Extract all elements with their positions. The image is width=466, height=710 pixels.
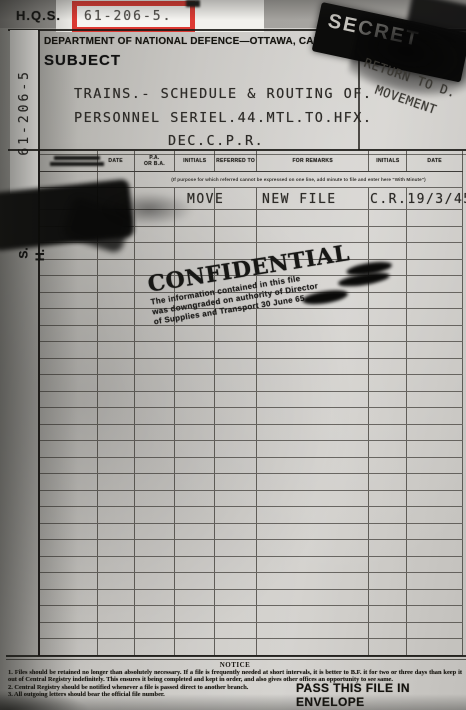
table-cell [175, 243, 215, 259]
table-cell [257, 441, 369, 457]
table-cell [135, 392, 176, 408]
table-row [40, 524, 463, 541]
table-cell [369, 309, 407, 325]
table-row [40, 639, 463, 656]
table-cell [369, 590, 407, 606]
table-cell [407, 507, 463, 523]
table-cell [175, 557, 215, 573]
table-cell [407, 540, 463, 556]
table-cell [40, 474, 98, 490]
column-header: P.A. OR B.A. [135, 150, 176, 171]
table-row [40, 425, 463, 442]
table-cell [215, 606, 257, 622]
table-cell [369, 639, 407, 655]
table-cell [215, 392, 257, 408]
table-cell [40, 491, 98, 507]
redaction-smear [54, 156, 100, 160]
table-cell [369, 507, 407, 523]
table-cell [369, 458, 407, 474]
table-cell [98, 309, 135, 325]
table-cell [98, 441, 135, 457]
table-cell [215, 359, 257, 375]
table-cell [257, 210, 369, 226]
table-cell [135, 227, 176, 243]
table-cell [369, 524, 407, 540]
table-cell [257, 326, 369, 342]
table-cell [407, 524, 463, 540]
side-mark-s: S. [17, 247, 31, 258]
table-cell [257, 425, 369, 441]
table-cell [369, 293, 407, 309]
table-cell [369, 557, 407, 573]
subject-label: SUBJECT [44, 52, 121, 69]
table-row [40, 359, 463, 376]
table-row [40, 540, 463, 557]
ink-stain [104, 192, 194, 226]
table-cell [40, 606, 98, 622]
table-cell [257, 606, 369, 622]
table-row [40, 458, 463, 475]
column-header [40, 150, 98, 171]
table-cell [215, 210, 257, 226]
table-cell [98, 425, 135, 441]
table-bottom-rule [6, 655, 466, 657]
table-cell [175, 507, 215, 523]
table-cell [135, 458, 176, 474]
table-cell [407, 375, 463, 391]
table-cell [369, 359, 407, 375]
table-cell [407, 441, 463, 457]
table-cell [135, 573, 176, 589]
table-cell [40, 326, 98, 342]
table-cell [257, 639, 369, 655]
table-cell [98, 491, 135, 507]
table-cell [175, 408, 215, 424]
table-cell [215, 540, 257, 556]
table-cell [215, 557, 257, 573]
table-cell [40, 359, 98, 375]
table-cell [257, 309, 369, 325]
table-cell [175, 392, 215, 408]
table-cell [407, 573, 463, 589]
table-cell [257, 573, 369, 589]
table-cell [175, 606, 215, 622]
table-cell [369, 408, 407, 424]
table-cell [369, 375, 407, 391]
table-cell [407, 392, 463, 408]
hqs-label: H.Q.S. [16, 8, 61, 23]
table-cell [40, 425, 98, 441]
table-cell [135, 606, 176, 622]
document-scan: H.Q.S. 61-206-5. 61-206-5 DEPARTMENT OF … [0, 0, 466, 710]
column-header: INITIALS [175, 150, 215, 171]
table-cell [215, 441, 257, 457]
table-cell [215, 639, 257, 655]
table-cell [98, 606, 135, 622]
table-row [40, 623, 463, 640]
table-cell [369, 606, 407, 622]
table-cell [175, 425, 215, 441]
table-cell [40, 639, 98, 655]
table-cell [40, 392, 98, 408]
table-cell [215, 590, 257, 606]
table-row [40, 326, 463, 343]
table-cell [40, 458, 98, 474]
table-cell [257, 375, 369, 391]
table-row [40, 573, 463, 590]
table-cell [257, 458, 369, 474]
table-cell [407, 276, 463, 292]
table-row [40, 606, 463, 623]
table-cell [257, 491, 369, 507]
table-cell [407, 639, 463, 655]
table-cell [40, 507, 98, 523]
table-cell [369, 623, 407, 639]
table-cell [135, 540, 176, 556]
table-cell [98, 276, 135, 292]
table-cell [369, 326, 407, 342]
column-header: DATE [98, 150, 135, 171]
table-cell [40, 557, 98, 573]
table-cell [257, 590, 369, 606]
table-row [40, 557, 463, 574]
table-cell [135, 639, 176, 655]
table-cell [407, 293, 463, 309]
table-row [40, 474, 463, 491]
table-row [40, 392, 463, 409]
table-cell [40, 375, 98, 391]
table-cell [98, 590, 135, 606]
table-cell [40, 590, 98, 606]
table-cell [98, 326, 135, 342]
table-cell [175, 342, 215, 358]
table-cell [175, 441, 215, 457]
table-cell [135, 507, 176, 523]
spine-label-strip: 61-206-5 [10, 30, 38, 194]
table-cell [135, 524, 176, 540]
table-cell [135, 441, 176, 457]
entry-for-remarks: NEW FILE [262, 192, 337, 207]
table-cell [40, 408, 98, 424]
table-cell [407, 260, 463, 276]
table-cell [369, 474, 407, 490]
table-cell [257, 359, 369, 375]
table-cell [215, 524, 257, 540]
file-number: 61-206-5. [84, 9, 172, 24]
table-cell [135, 408, 176, 424]
table-cell [135, 326, 176, 342]
table-cell [175, 326, 215, 342]
table-cell [98, 507, 135, 523]
column-header: INITIALS [369, 150, 407, 171]
table-cell [40, 342, 98, 358]
table-cell [98, 342, 135, 358]
table-cell [407, 590, 463, 606]
table-cell [135, 359, 176, 375]
table-cell [215, 342, 257, 358]
table-cell [98, 392, 135, 408]
table-row [40, 590, 463, 607]
table-row [40, 507, 463, 524]
table-cell [175, 359, 215, 375]
file-number-highlight-box: 61-206-5. [72, 1, 195, 32]
notice-paragraph-3: 3. All outgoing letters should bear the … [8, 691, 289, 698]
table-cell [215, 474, 257, 490]
side-mark-h: H. [33, 249, 47, 261]
subject-line-2: PERSONNEL SERIEL.44.MTL.TO.HFX. [74, 110, 372, 126]
table-cell [40, 260, 98, 276]
entry-date: 19/3/45 [407, 192, 466, 207]
spine-file-number: 61-206-5 [17, 69, 32, 156]
table-cell [40, 524, 98, 540]
table-cell [215, 507, 257, 523]
table-cell [135, 590, 176, 606]
subject-line-3: DEC.C.P.R. [168, 133, 264, 149]
table-cell [40, 623, 98, 639]
table-cell [175, 458, 215, 474]
table-cell [215, 458, 257, 474]
table-cell [40, 293, 98, 309]
ink-mark [186, 0, 200, 7]
table-header-row: DATEP.A. OR B.A.INITIALSREFERRED TOFOR R… [40, 150, 463, 172]
table-cell [369, 573, 407, 589]
table-cell [407, 408, 463, 424]
table-cell [175, 639, 215, 655]
table-cell [98, 260, 135, 276]
table-cell [98, 293, 135, 309]
notice-title: NOTICE [8, 661, 462, 669]
table-cell [40, 441, 98, 457]
table-cell [407, 606, 463, 622]
table-cell [407, 458, 463, 474]
table-cell [215, 227, 257, 243]
table-cell [135, 557, 176, 573]
table-cell [98, 474, 135, 490]
table-cell [215, 408, 257, 424]
table-cell [407, 425, 463, 441]
table-bottom-rule-thin [6, 659, 466, 660]
table-cell [369, 392, 407, 408]
table-cell [369, 491, 407, 507]
column-header: REFERRED TO [215, 150, 257, 171]
table-cell [98, 573, 135, 589]
table-cell [257, 342, 369, 358]
table-cell [369, 425, 407, 441]
table-cell [215, 623, 257, 639]
table-row [40, 375, 463, 392]
table-cell [407, 623, 463, 639]
table-cell [215, 326, 257, 342]
entry-initials: C.R. [370, 192, 407, 207]
subject-line-1: TRAINS.- SCHEDULE & ROUTING OF. [74, 86, 372, 102]
department-line: DEPARTMENT OF NATIONAL DEFENCE—OTTAWA, C… [44, 36, 343, 47]
table-cell [369, 441, 407, 457]
table-cell [257, 524, 369, 540]
table-cell [257, 507, 369, 523]
table-cell [407, 342, 463, 358]
redaction-smear [50, 162, 104, 166]
table-cell [215, 425, 257, 441]
table-cell [215, 491, 257, 507]
table-cell [40, 309, 98, 325]
table-row [40, 342, 463, 359]
table-cell [407, 227, 463, 243]
table-cell [175, 573, 215, 589]
column-header: DATE [407, 150, 463, 171]
table-cell [98, 524, 135, 540]
table-cell [135, 623, 176, 639]
table-cell [407, 309, 463, 325]
table-cell [98, 540, 135, 556]
table-cell [98, 639, 135, 655]
table-cell [40, 573, 98, 589]
table-row [40, 491, 463, 508]
table-cell [407, 326, 463, 342]
table-cell [257, 408, 369, 424]
table-cell [135, 375, 176, 391]
table-cell [98, 458, 135, 474]
table-cell [215, 573, 257, 589]
table-cell [175, 227, 215, 243]
table-cell [407, 491, 463, 507]
table-row [40, 408, 463, 425]
table-cell [407, 474, 463, 490]
table-cell [215, 375, 257, 391]
table-cell [175, 524, 215, 540]
table-cell [135, 474, 176, 490]
table-cell [175, 623, 215, 639]
table-cell [135, 342, 176, 358]
table-cell [257, 557, 369, 573]
table-cell [175, 491, 215, 507]
notice-paragraph-2: 2. Central Registry should be notified w… [8, 684, 289, 691]
table-cell [135, 243, 176, 259]
table-cell [98, 359, 135, 375]
table-cell [135, 491, 176, 507]
table-row [40, 441, 463, 458]
table-cell [175, 590, 215, 606]
table-cell [40, 540, 98, 556]
table-cell [407, 243, 463, 259]
table-cell [98, 408, 135, 424]
table-cell [407, 557, 463, 573]
table-cell [175, 474, 215, 490]
table-cell [175, 540, 215, 556]
table-cell [98, 375, 135, 391]
table-cell [40, 276, 98, 292]
table-cell [98, 557, 135, 573]
table-cell [369, 342, 407, 358]
entry-initials-date: C.R.19/3/45 [370, 192, 466, 207]
table-cell [175, 375, 215, 391]
table-cell [407, 210, 463, 226]
pass-file-envelope-label: PASS THIS FILE IN ENVELOPE [296, 681, 466, 709]
table-cell [369, 210, 407, 226]
table-cell [257, 474, 369, 490]
table-cell [98, 623, 135, 639]
table-cell [257, 392, 369, 408]
table-cell [257, 623, 369, 639]
table-cell [369, 540, 407, 556]
referral-note: (If purpose for which referred cannot be… [135, 172, 463, 187]
table-cell [407, 359, 463, 375]
table-cell [135, 425, 176, 441]
column-header: FOR REMARKS [257, 150, 369, 171]
table-cell [257, 540, 369, 556]
